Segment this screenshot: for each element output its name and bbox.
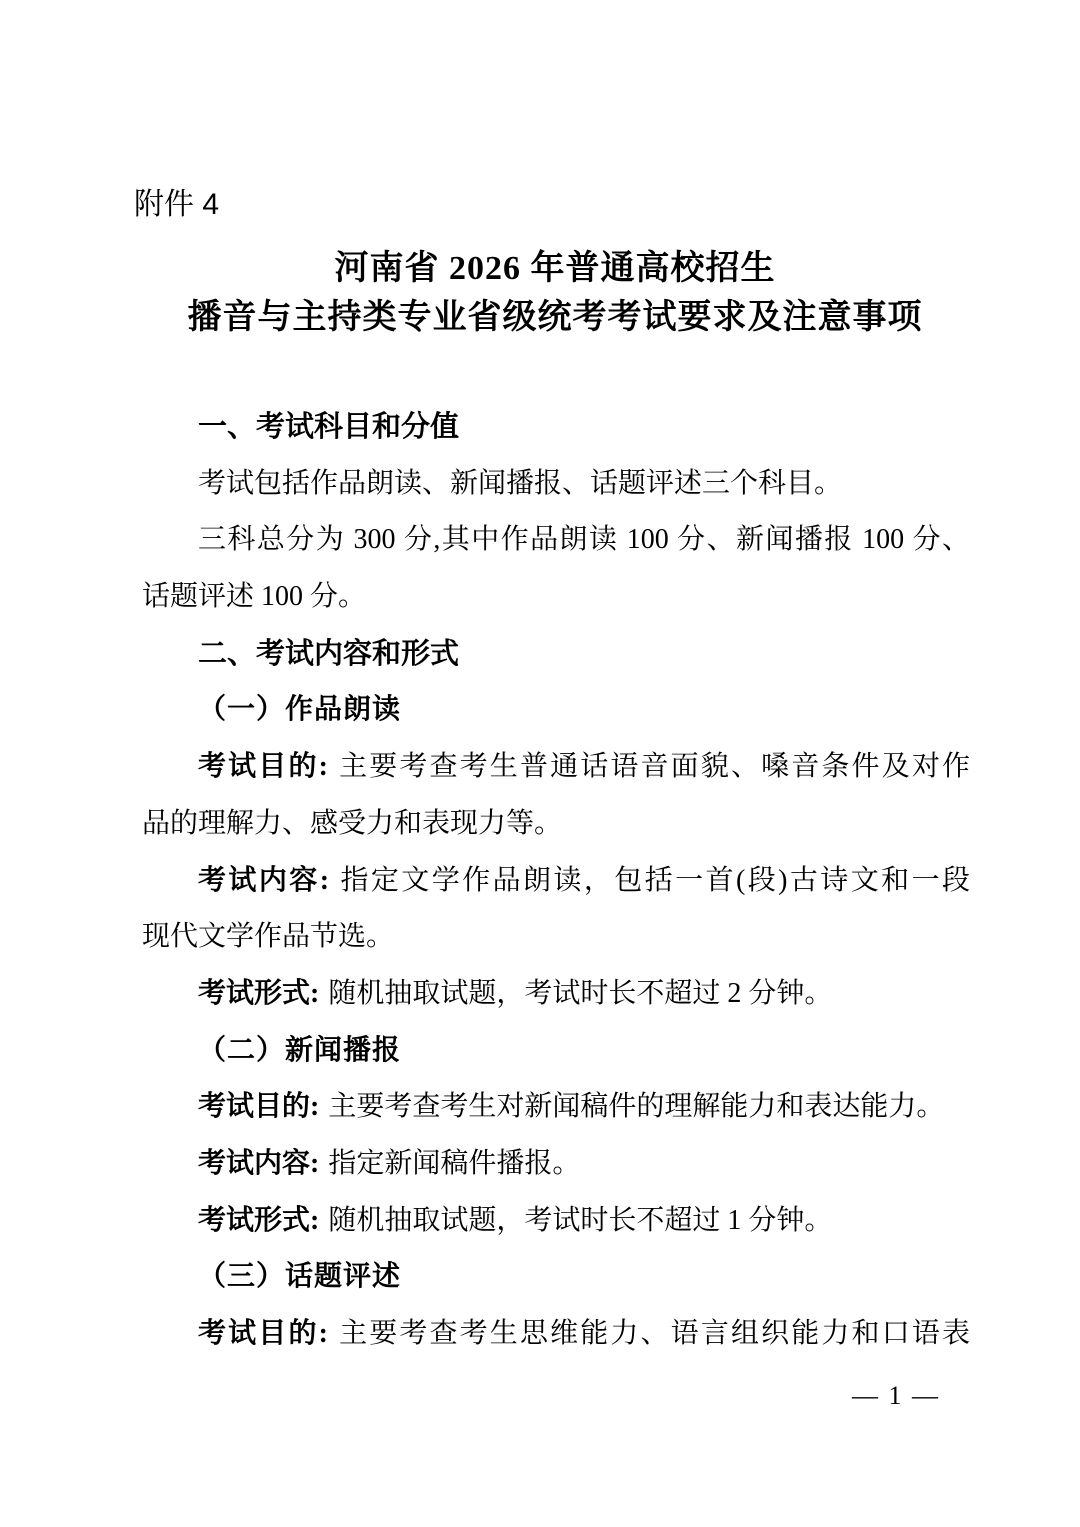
page-number: — 1 — (852, 1381, 940, 1411)
field-label-exam-content: 考试内容: (198, 1148, 319, 1179)
field-text: 指定文学作品朗读，包括一首(段)古诗文和一段 (338, 865, 970, 896)
attachment-label: 附件 4 (134, 186, 219, 224)
field-label-exam-form: 考试形式: (198, 1205, 319, 1236)
document-body: 一、考试科目和分值 考试包括作品朗读、新闻播报、话题评述三个科目。 三科总分为 … (142, 399, 970, 1363)
field-text: 主要考查考生对新闻稿件的理解能力和表达能力。 (328, 1091, 944, 1122)
paragraph-line: 考试目的:主要考查考生普通话语音面貌、嗓音条件及对作 (142, 739, 970, 796)
field-label-exam-purpose: 考试目的: (198, 751, 328, 782)
subsection-1-heading: （一）作品朗读 (142, 682, 970, 739)
field-text: 主要考查考生思维能力、语言组织能力和口语表 (337, 1318, 970, 1349)
paragraph-line: 话题评述 100 分。 (142, 569, 970, 626)
document-title-line-1: 河南省 2026 年普通高校招生 (140, 244, 970, 293)
paragraph-line: 考试包括作品朗读、新闻播报、话题评述三个科目。 (142, 456, 970, 513)
field-text: 随机抽取试题，考试时长不超过 1 分钟。 (328, 1205, 832, 1236)
section-2-heading: 二、考试内容和形式 (142, 626, 970, 683)
field-text: 指定新闻稿件播报。 (328, 1148, 580, 1179)
document-title-line-2: 播音与主持类专业省级统考考试要求及注意事项 (140, 293, 970, 342)
field-text: 主要考查考生普通话语音面貌、嗓音条件及对作 (337, 751, 970, 782)
section-1-heading: 一、考试科目和分值 (142, 399, 970, 456)
paragraph-line: 品的理解力、感受力和表现力等。 (142, 796, 970, 853)
paragraph-line: 考试内容:指定新闻稿件播报。 (142, 1136, 970, 1193)
field-label-exam-form: 考试形式: (198, 978, 319, 1009)
subsection-2-heading: （二）新闻播报 (142, 1023, 970, 1080)
paragraph-line: 考试目的:主要考查考生对新闻稿件的理解能力和表达能力。 (142, 1079, 970, 1136)
paragraph-line: 现代文学作品节选。 (142, 909, 970, 966)
paragraph-line: 考试形式:随机抽取试题，考试时长不超过 2 分钟。 (142, 966, 970, 1023)
field-label-exam-content: 考试内容: (198, 865, 329, 896)
subsection-3-heading: （三）话题评述 (142, 1249, 970, 1306)
document-page: 附件 4 河南省 2026 年普通高校招生 播音与主持类专业省级统考考试要求及注… (0, 0, 1080, 1527)
paragraph-line: 考试内容:指定文学作品朗读，包括一首(段)古诗文和一段 (142, 853, 970, 910)
paragraph-line: 考试形式:随机抽取试题，考试时长不超过 1 分钟。 (142, 1193, 970, 1250)
field-label-exam-purpose: 考试目的: (198, 1091, 319, 1122)
paragraph-line: 考试目的:主要考查考生思维能力、语言组织能力和口语表 (142, 1306, 970, 1363)
field-text: 随机抽取试题，考试时长不超过 2 分钟。 (328, 978, 832, 1009)
field-label-exam-purpose: 考试目的: (198, 1318, 328, 1349)
paragraph-line: 三科总分为 300 分,其中作品朗读 100 分、新闻播报 100 分、 (142, 512, 970, 569)
document-title: 河南省 2026 年普通高校招生 播音与主持类专业省级统考考试要求及注意事项 (140, 244, 970, 342)
